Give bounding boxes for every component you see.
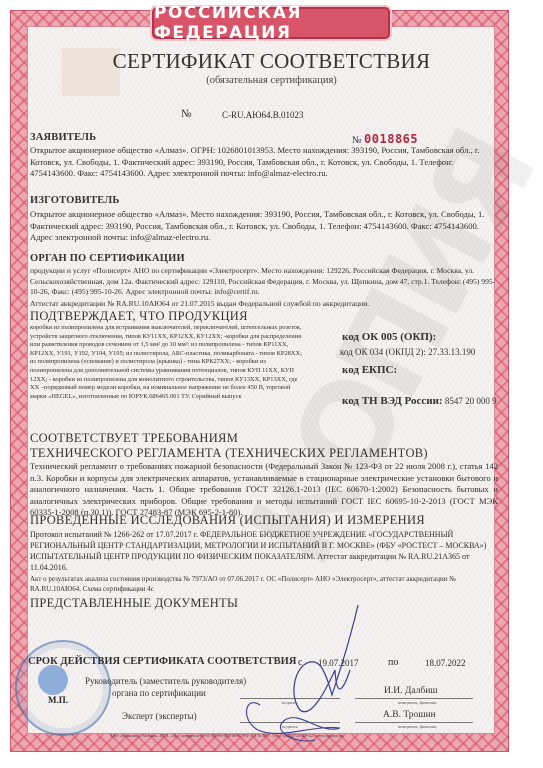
requirements-text: Технический регламент о требованиях пожа… — [30, 461, 498, 519]
head-signature-line — [240, 698, 340, 699]
manufacturer-text: Открытое акционерное общество «Алмаз». М… — [30, 209, 500, 244]
applicant-text: Открытое акционерное общество «Алмаз». О… — [30, 145, 500, 180]
tests-heading: ПРОВЕДЕННЫЕ ИССЛЕДОВАНИЯ (ИСПЫТАНИЯ) И И… — [30, 513, 425, 528]
blank-number: № 0018865 — [352, 132, 418, 146]
expert-name: А.В. Трошин — [383, 710, 436, 720]
cert-body-accreditation: Аттестат аккредитации № RA.RU.10АЮ64 от … — [30, 298, 500, 310]
head-name-line — [355, 698, 473, 699]
okp-code: код ОК 005 (ОКП): — [342, 331, 436, 343]
okpd2-code: код ОК 034 (ОКПД 2): 27.33.13.190 — [340, 347, 475, 357]
head-name: И.И. Далбиш — [384, 686, 438, 696]
tests-text: Протокол испытаний № 1266-262 от 17.07.2… — [30, 529, 500, 573]
okpd2-label: код ОК 034 (ОКПД 2): — [340, 347, 426, 357]
product-description: коробки из полипропилена для встраивания… — [30, 324, 302, 401]
okpd2-value: 27.33.13.190 — [428, 347, 475, 357]
okp-label: код ОК 005 (ОКП): — [342, 331, 436, 343]
seal-emblem — [38, 665, 68, 695]
expert-signature-line — [240, 722, 340, 723]
expert-signature-caption: подпись — [282, 724, 298, 729]
head-name-caption: инициалы, фамилия — [398, 700, 437, 705]
cert-number-label: № — [181, 108, 192, 120]
cert-body-heading: ОРГАН ПО СЕРТИФИКАЦИИ — [30, 253, 185, 264]
production-act-text: Акт о результатах анализа состояния прои… — [30, 575, 500, 594]
product-heading: ПОДТВЕРЖДАЕТ, ЧТО ПРОДУКЦИЯ — [30, 309, 248, 324]
applicant-heading: ЗАЯВИТЕЛЬ — [30, 132, 96, 143]
document-title: СЕРТИФИКАТ СООТВЕТСТВИЯ — [0, 49, 543, 74]
validity-from-label: с — [298, 657, 302, 668]
head-label-2: органа по сертификации — [112, 688, 206, 698]
printer-footer: ЗАО «Опцион», Москва, 2014, «В», лицензи… — [110, 733, 344, 738]
expert-name-line — [355, 722, 473, 723]
country-banner: РОССИЙСКАЯ ФЕДЕРАЦИЯ — [152, 7, 390, 39]
expert-name-caption: инициалы, фамилия — [398, 724, 437, 729]
ekps-label: код ЕКПС: — [342, 364, 397, 376]
requirements-heading-1: СООТВЕТСТВУЕТ ТРЕБОВАНИЯМ — [30, 431, 238, 446]
validity-to-label: по — [388, 657, 398, 668]
head-label-1: Руководитель (заместитель руководителя) — [85, 676, 246, 686]
cert-number: С-RU.АЮ64.В.01023 — [222, 110, 304, 120]
head-signature-caption: подпись — [282, 700, 298, 705]
document-subtitle: (обязательная сертификация) — [0, 75, 543, 86]
ekps-code: код ЕКПС: — [342, 364, 397, 376]
validity-from-date: 19.07.2017 — [318, 658, 359, 668]
documents-heading: ПРЕДСТАВЛЕННЫЕ ДОКУМЕНТЫ — [30, 596, 238, 611]
tnved-code: код ТН ВЭД России: 8547 20 000 9 — [342, 395, 497, 407]
validity-to-date: 18.07.2022 — [425, 658, 466, 668]
blank-number-value: 0018865 — [364, 132, 418, 146]
cert-body-text: продукции и услуг «Полисерт» АНО по серт… — [30, 266, 500, 298]
seal-label: М.П. — [48, 695, 68, 705]
tnved-label: код ТН ВЭД России: — [342, 395, 443, 407]
expert-label: Эксперт (эксперты) — [122, 711, 197, 721]
requirements-heading-2: ТЕХНИЧЕСКОГО РЕГЛАМЕНТА (ТЕХНИЧЕСКИХ РЕГ… — [30, 446, 428, 461]
tnved-value: 8547 20 000 9 — [445, 396, 497, 406]
manufacturer-heading: ИЗГОТОВИТЕЛЬ — [30, 195, 120, 206]
